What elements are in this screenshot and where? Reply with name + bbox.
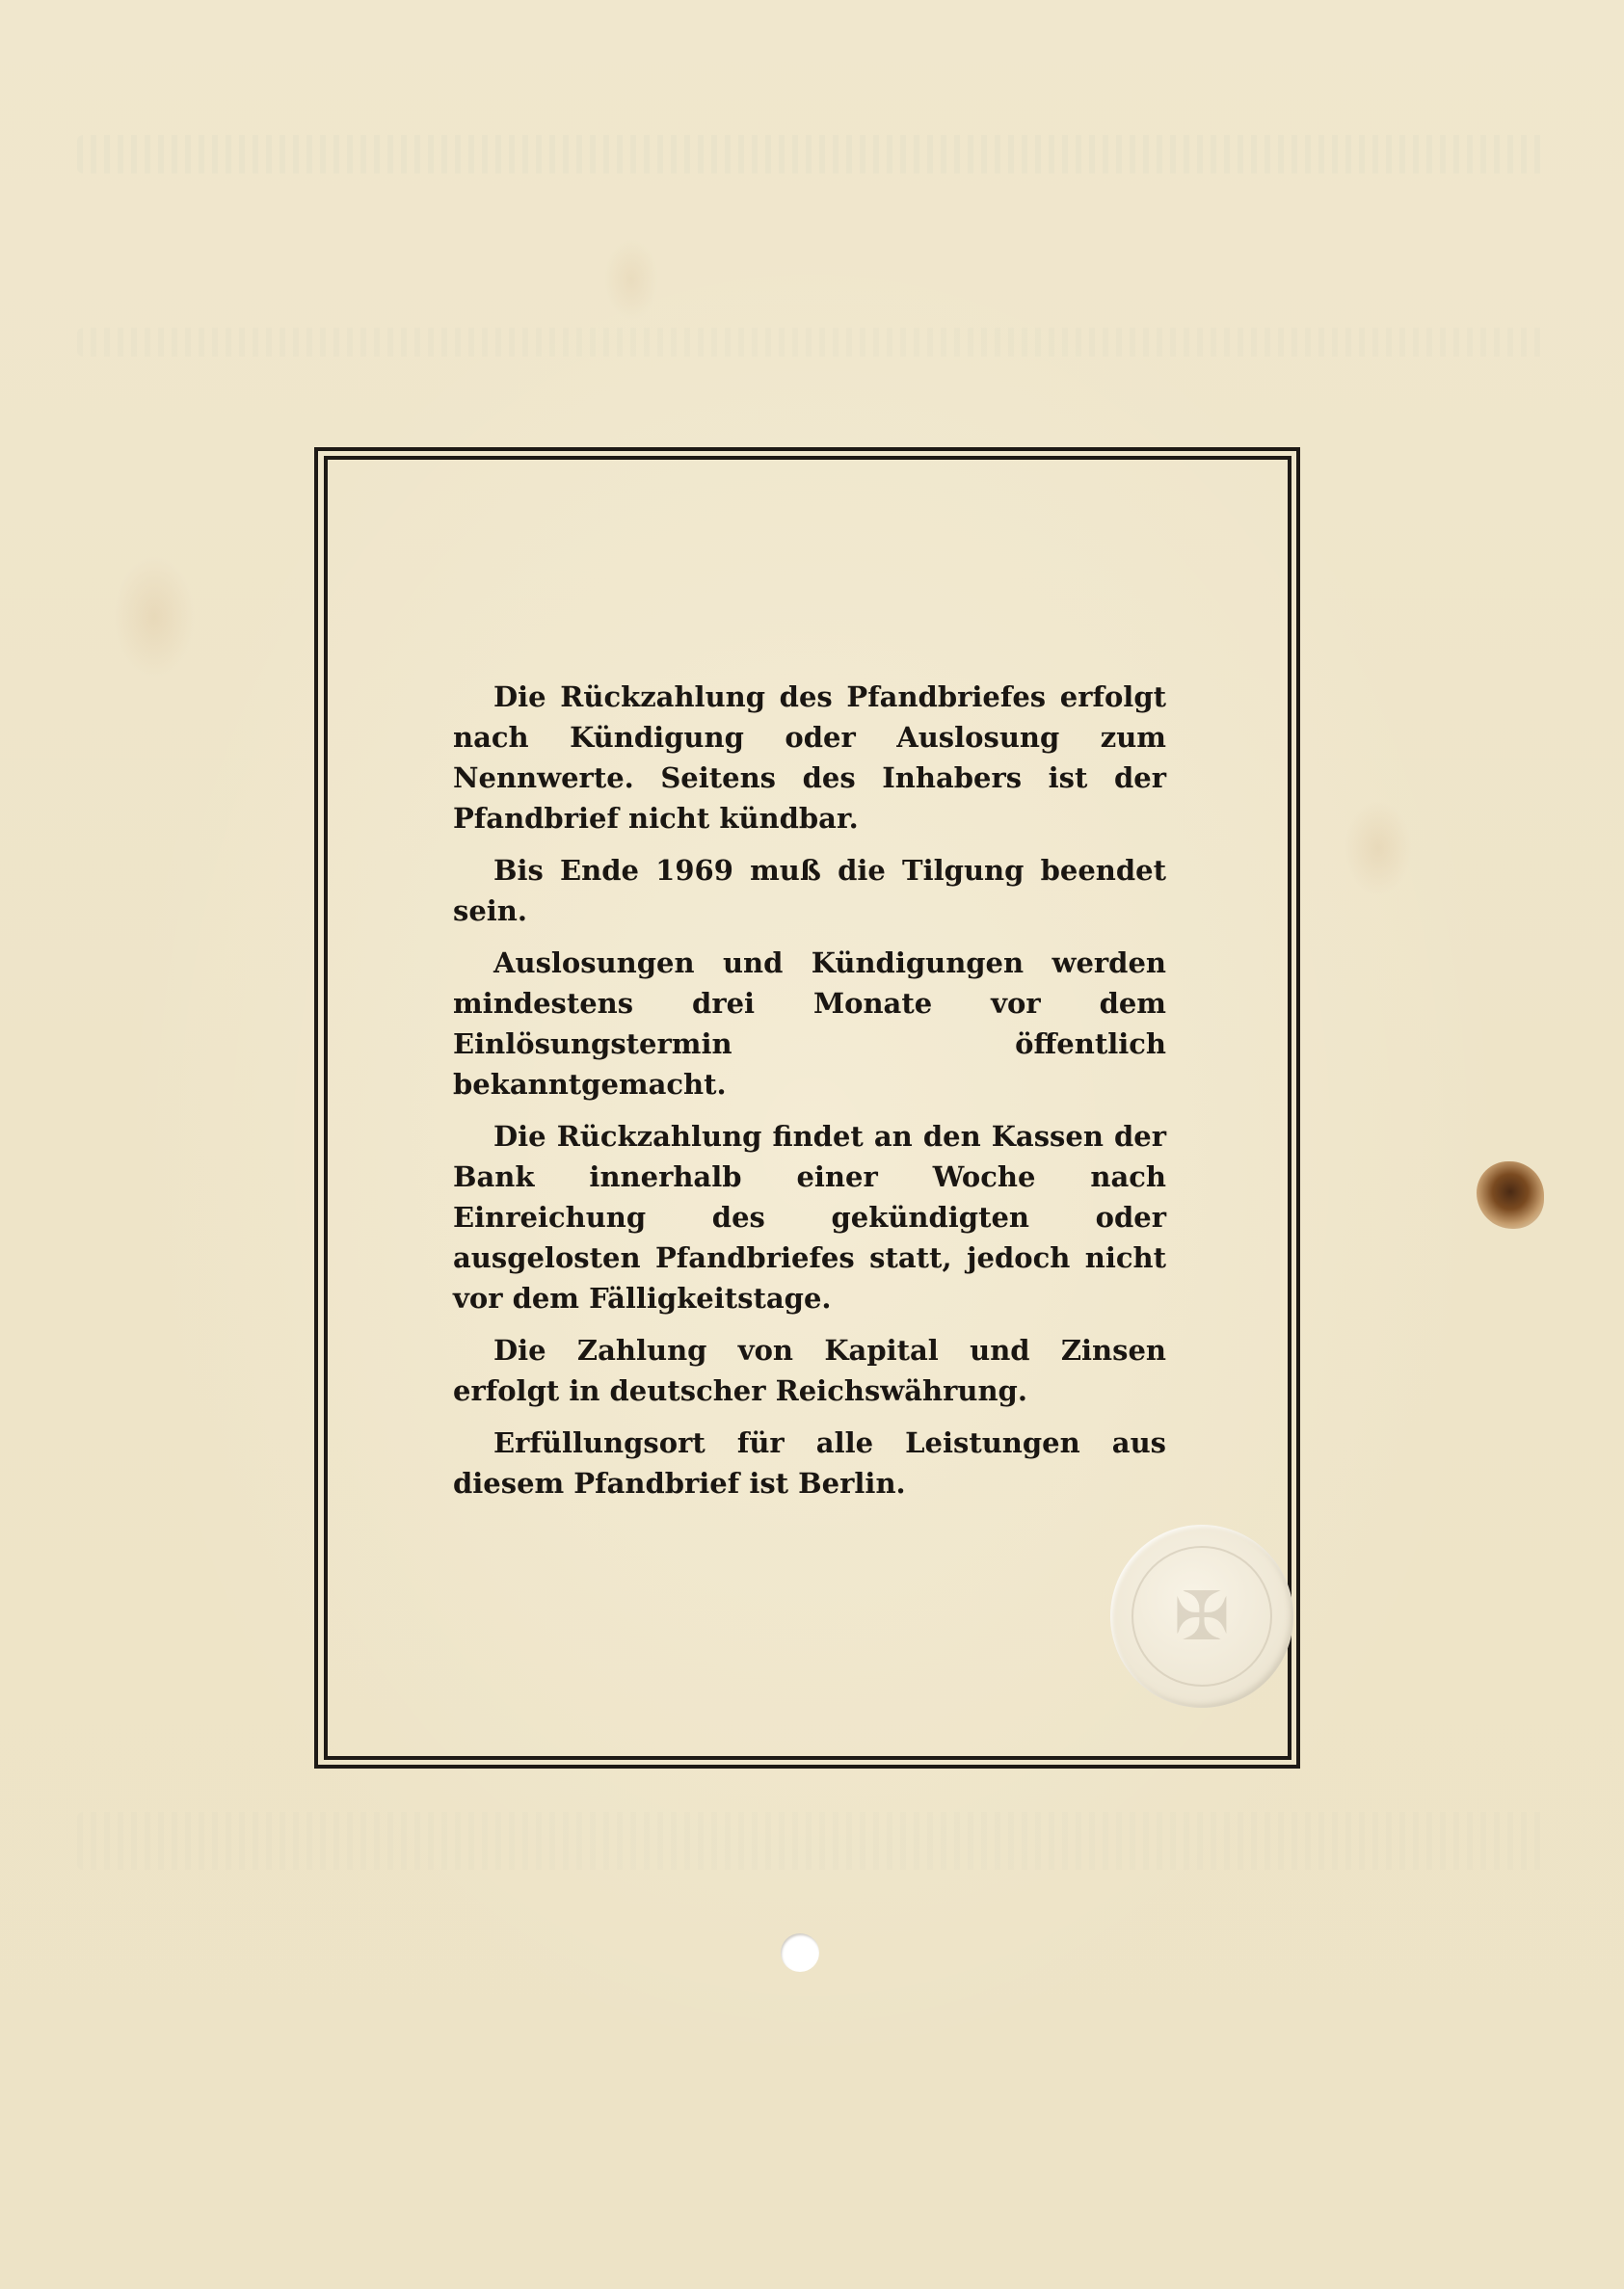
bleed-through-texture xyxy=(77,135,1547,173)
embossed-seal-icon: ✠ xyxy=(1110,1525,1293,1708)
paragraph-place-of-performance: Erfüllungsort für alle Leistungen aus di… xyxy=(453,1423,1166,1504)
eagle-icon: ✠ xyxy=(1174,1577,1231,1656)
bleed-through-texture xyxy=(77,328,1547,357)
terms-text-block: Die Rückzahlung des Pfandbriefes erfolgt… xyxy=(453,677,1166,1515)
paragraph-currency: Die Zahlung von Kapital und Zinsen erfol… xyxy=(453,1330,1166,1411)
punch-hole xyxy=(781,1933,819,1972)
paragraph-amortization-deadline: Bis Ende 1969 muß die Tilgung beendet se… xyxy=(453,850,1166,931)
paragraph-drawings-notice: Auslosungen und Kündigungen werden minde… xyxy=(453,943,1166,1105)
bleed-through-texture xyxy=(77,1812,1547,1870)
paragraph-repayment-location: Die Rückzahlung findet an den Kassen der… xyxy=(453,1116,1166,1318)
rust-stain xyxy=(1477,1161,1544,1229)
paragraph-repayment: Die Rückzahlung des Pfandbriefes erfolgt… xyxy=(453,677,1166,838)
